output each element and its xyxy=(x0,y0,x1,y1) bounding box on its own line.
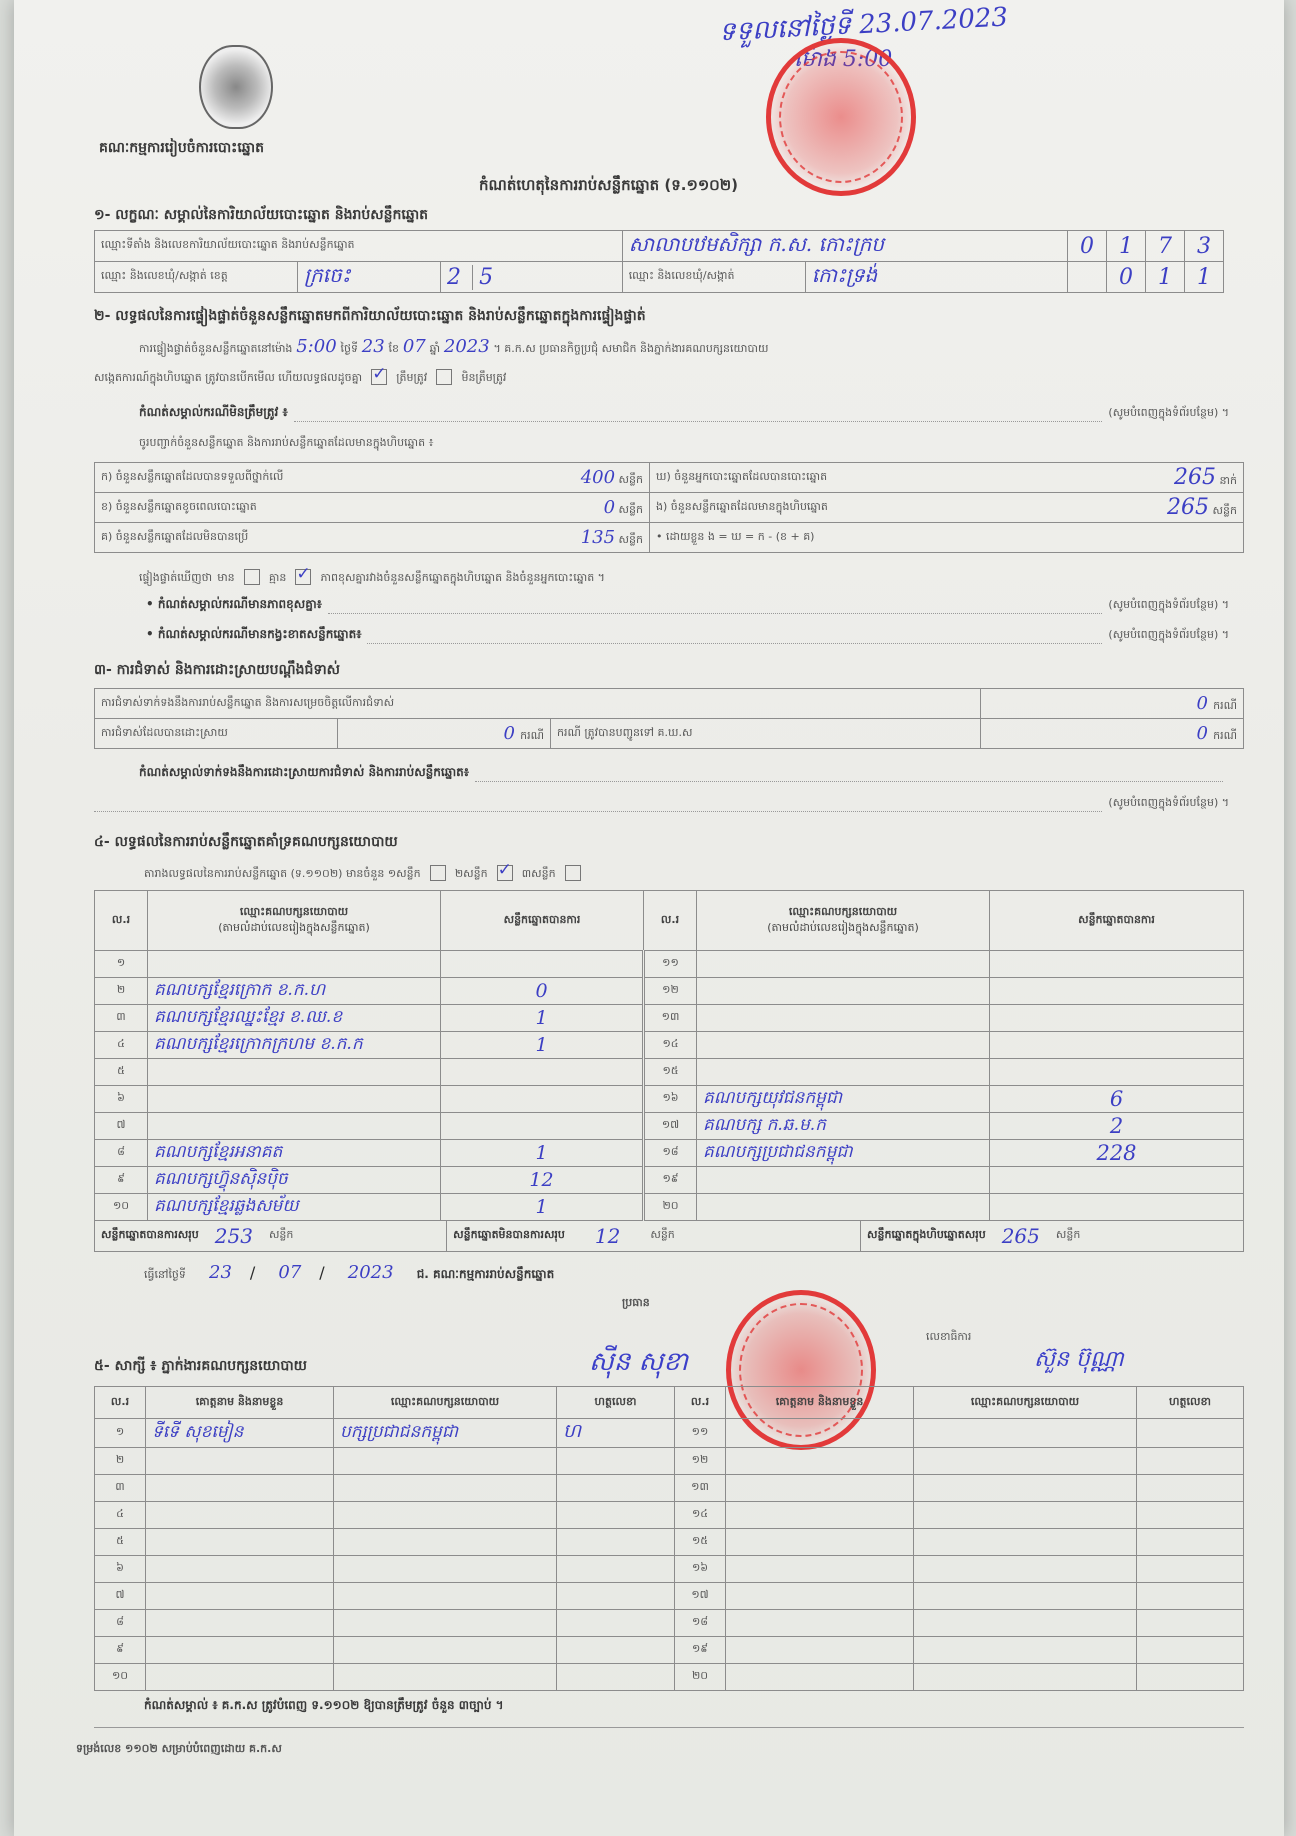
witness-party xyxy=(334,1529,557,1556)
count-value-2: 265 xyxy=(1174,465,1216,490)
party-row: ១០ គណបក្សខ្មែរឆ្លងសម័យ 1 ២០ xyxy=(95,1194,1244,1221)
witness-name xyxy=(726,1583,914,1610)
count-table-intro: ចូរបញ្ជាក់ចំនួនសន្លឹកឆ្នោត និងការរាប់សន្… xyxy=(139,436,433,452)
witness-row: ៨ ១៨ xyxy=(95,1610,1244,1637)
party-votes: 1 xyxy=(441,1140,644,1167)
party-votes xyxy=(441,951,644,978)
party-votes: 1 xyxy=(441,1005,644,1032)
party-votes: 2 xyxy=(990,1113,1244,1140)
objection-total-label: ការជំទាស់ទាក់ទងនឹងការរាប់សន្លឹកឆ្នោត និង… xyxy=(95,689,981,719)
witness-party xyxy=(334,1664,557,1691)
party-votes: 228 xyxy=(990,1140,1244,1167)
witness-party: បក្សប្រជាជនកម្ពុជា xyxy=(334,1419,557,1448)
party-name: គណបក្សយុវជនកម្ពុជា xyxy=(697,1086,990,1113)
location-table: ឈ្មោះទីតាំង និងលេខការិយាល័យបោះឆ្នោត និងរ… xyxy=(94,230,1224,293)
witness-signature xyxy=(557,1583,675,1610)
witness-signature xyxy=(557,1448,675,1475)
mismatch-note-line: កំណត់សម្គាល់ករណីមិនត្រឹមត្រូវ ៖ (សូមបំពេ… xyxy=(139,404,1229,422)
party-name: គណបក្សខ្មែរក្រោកក្រហម ខ.ក.ក xyxy=(148,1032,441,1059)
commune-code-digit: 1 xyxy=(1185,262,1224,293)
party-votes xyxy=(990,1194,1244,1221)
witness-name xyxy=(146,1502,334,1529)
witness-signature xyxy=(557,1637,675,1664)
official-stamp-top xyxy=(766,38,916,196)
sheets-3-checkbox[interactable] xyxy=(565,865,581,881)
witness-party xyxy=(914,1583,1137,1610)
witness-name: ទីទើ សុខមៀន xyxy=(146,1419,334,1448)
party-name: គណបក្សខ្មែរឈ្នះខ្មែរ ខ.ឈ.ខ xyxy=(148,1005,441,1032)
party-votes xyxy=(441,1059,644,1086)
commune-code-digit: 1 xyxy=(1146,262,1185,293)
witness-name xyxy=(146,1556,334,1583)
party-row: ២ គណបក្សខ្មែរក្រោក ខ.ក.ហ 0 ១២ xyxy=(95,978,1244,1005)
party-votes: 6 xyxy=(990,1086,1244,1113)
location-label: ឈ្មោះទីតាំង និងលេខការិយាល័យបោះឆ្នោត និងរ… xyxy=(95,231,623,262)
witness-party xyxy=(914,1502,1137,1529)
witness-signature xyxy=(557,1556,675,1583)
witness-party xyxy=(914,1475,1137,1502)
total-invalid-cell: សន្លឹកឆ្នោតមិនបានការសរុប 12 សន្លឹក xyxy=(447,1221,861,1251)
sheets-2-checkbox[interactable] xyxy=(497,865,513,881)
party-name xyxy=(148,1086,441,1113)
province-code-digit: 2 xyxy=(441,265,467,290)
count-value: 0 xyxy=(604,497,615,518)
verification-year: 2023 xyxy=(444,336,490,357)
witness-row: ៣ ១៣ xyxy=(95,1475,1244,1502)
witness-signature xyxy=(1137,1583,1244,1610)
witness-name xyxy=(726,1556,914,1583)
witness-party xyxy=(334,1502,557,1529)
discrepancy-yes-checkbox[interactable] xyxy=(244,569,260,585)
footnote: កំណត់សម្គាល់ ៖ គ.ក.ស ត្រូវបំពេញ ទ.១១០២ ឱ… xyxy=(144,1694,504,1715)
witness-name xyxy=(146,1637,334,1664)
witness-signature xyxy=(1137,1664,1244,1691)
chair-signature: ស៊ីន សុខា xyxy=(589,1345,688,1383)
location-value: សាលាបឋមសិក្សា ក.ស. កោះក្រប xyxy=(622,231,1067,262)
witness-name xyxy=(726,1529,914,1556)
witness-party xyxy=(914,1448,1137,1475)
party-name: គណបក្សខ្មែរអនាគត xyxy=(148,1140,441,1167)
party-results-table: ល.រ ឈ្មោះគណបក្សនយោបាយ(តាមលំដាប់លេខរៀងក្ន… xyxy=(94,890,1244,1252)
objection-total-value: 0 xyxy=(1197,693,1208,714)
verification-day: 23 xyxy=(362,336,385,357)
total-box-cell: សន្លឹកឆ្នោតក្នុងហិបឆ្នោតសរុប 265 សន្លឹក xyxy=(861,1221,1243,1251)
objection-resolved-value: 0 xyxy=(504,723,515,744)
witness-party xyxy=(334,1556,557,1583)
party-row: ៤ គណបក្សខ្មែរក្រោកក្រហម ខ.ក.ក 1 ១៤ xyxy=(95,1032,1244,1059)
witness-row: ១ ទីទើ សុខមៀន បក្សប្រជាជនកម្ពុជា ហ ១១ xyxy=(95,1419,1244,1448)
witness-row: ៥ ១៥ xyxy=(95,1529,1244,1556)
count-row: គ) ចំនួនសន្លឹកឆ្នោតដែលមិនបានប្រើ 135 សន្… xyxy=(95,523,1244,553)
party-votes xyxy=(990,978,1244,1005)
total-valid-value: 253 xyxy=(215,1224,253,1248)
match-checkbox[interactable] xyxy=(371,369,387,385)
party-votes: 1 xyxy=(441,1194,644,1221)
count-value: 135 xyxy=(581,527,615,548)
party-votes xyxy=(441,1086,644,1113)
party-name: គណបក្ស ក.ឆ.ម.ក xyxy=(697,1113,990,1140)
form-page: គណៈកម្មការរៀបចំការបោះឆ្នោត ទទួលនៅថ្ងៃទី … xyxy=(14,0,1284,1836)
party-votes xyxy=(990,1167,1244,1194)
objection-forwarded-value: 0 xyxy=(1197,723,1208,744)
party-name: គណបក្សប្រជាជនកម្ពុជា xyxy=(697,1140,990,1167)
total-box-value: 265 xyxy=(1002,1224,1040,1248)
witness-signature xyxy=(1137,1529,1244,1556)
witness-name xyxy=(726,1475,914,1502)
signing-month: 07 xyxy=(278,1262,301,1283)
province-value: ក្រចេះ xyxy=(298,262,441,293)
form-number-note: ទម្រង់លេខ ១១០២ សម្រាប់បំពេញដោយ គ.ក.ស xyxy=(76,1742,282,1758)
party-name xyxy=(697,1059,990,1086)
witness-row: ១០ ២០ xyxy=(95,1664,1244,1691)
witness-row: ៦ ១៦ xyxy=(95,1556,1244,1583)
witness-signature xyxy=(557,1529,675,1556)
witness-signature xyxy=(557,1475,675,1502)
verification-intro: ការផ្ទៀងផ្ទាត់ចំនួនសន្លឹកឆ្នោតនៅម៉ោង 5:0… xyxy=(139,336,768,358)
province-code-digit: 5 xyxy=(472,265,499,290)
witness-party xyxy=(914,1637,1137,1664)
national-emblem-icon xyxy=(199,45,273,129)
party-row: ៣ គណបក្សខ្មែរឈ្នះខ្មែរ ខ.ឈ.ខ 1 ១៣ xyxy=(95,1005,1244,1032)
party-votes: 0 xyxy=(441,978,644,1005)
witness-party xyxy=(334,1583,557,1610)
party-name xyxy=(697,1005,990,1032)
witness-signature xyxy=(1137,1419,1244,1448)
witness-name xyxy=(726,1664,914,1691)
signing-day: 23 xyxy=(209,1262,232,1283)
objection-note-line-2: (សូមបំពេញក្នុងទំព័របន្ថែម) ។ xyxy=(94,796,1229,812)
witness-signature xyxy=(1137,1556,1244,1583)
location-code-digit: 1 xyxy=(1107,231,1146,262)
party-row: ១ ១១ xyxy=(95,951,1244,978)
secretary-label: លេខាធិការ xyxy=(926,1330,971,1346)
mismatch-checkbox[interactable] xyxy=(436,369,452,385)
witness-party xyxy=(334,1475,557,1502)
witness-name xyxy=(726,1610,914,1637)
signing-date-line: ធ្វើនៅថ្ងៃទី 23/ 07/ 2023 ជ. គណៈកម្មការរ… xyxy=(144,1262,554,1284)
witness-party xyxy=(334,1610,557,1637)
total-invalid-value: 12 xyxy=(595,1224,620,1248)
party-votes xyxy=(441,1113,644,1140)
witness-signature xyxy=(1137,1610,1244,1637)
count-row: ខ) ចំនួនសន្លឹកឆ្នោតខូចពេលបោះឆ្នោត 0 សន្ល… xyxy=(95,493,1244,523)
witness-signature xyxy=(557,1502,675,1529)
witness-name xyxy=(726,1502,914,1529)
party-name xyxy=(697,1194,990,1221)
witness-party xyxy=(914,1556,1137,1583)
party-name: គណបក្សខ្មែរក្រោក ខ.ក.ហ xyxy=(148,978,441,1005)
location-code-digit: 7 xyxy=(1146,231,1185,262)
party-votes xyxy=(990,1005,1244,1032)
party-name xyxy=(148,1059,441,1086)
witness-party xyxy=(914,1610,1137,1637)
witness-party xyxy=(914,1529,1137,1556)
secretary-signature: ស៊ួន ប៊ុណ្ណា xyxy=(1034,1345,1124,1377)
witness-name xyxy=(146,1610,334,1637)
location-code-digit: 0 xyxy=(1068,231,1107,262)
party-row: ៦ ១៦ គណបក្សយុវជនកម្ពុជា 6 xyxy=(95,1086,1244,1113)
chair-label: ប្រធាន xyxy=(622,1296,650,1312)
verification-result-line: សង្កេតការណ៍ក្នុងហិបឆ្នោត ត្រូវបានបើកមើល … xyxy=(94,366,506,387)
witness-row: ៩ ១៩ xyxy=(95,1637,1244,1664)
section4-title: ៤- លទ្ធផលនៃការរាប់សន្លឹកឆ្នោតគាំទ្រគណបក្… xyxy=(94,832,398,853)
total-valid-cell: សន្លឹកឆ្នោតបានការសរុប 253 សន្លឹក xyxy=(95,1221,447,1251)
party-row: ៥ ១៥ xyxy=(95,1059,1244,1086)
divider xyxy=(94,1727,1244,1728)
verification-time: 5:00 xyxy=(296,336,336,357)
party-name xyxy=(148,951,441,978)
objection-forwarded-label: ករណី ត្រូវបានបញ្ជូនទៅ គ.ឃ.ស xyxy=(551,719,981,749)
witness-table: ល.រ គោត្តនាម និងនាមខ្លួន ឈ្មោះគណបក្សនយោប… xyxy=(94,1386,1244,1691)
witness-signature: ហ xyxy=(557,1419,675,1448)
commune-label: ឈ្មោះ និងលេខឃុំ/សង្កាត់ xyxy=(622,262,805,293)
province-label: ឈ្មោះ និងលេខឃុំ/សង្កាត់ ខេត្ត xyxy=(95,262,298,293)
party-name xyxy=(697,1167,990,1194)
objection-table: ការជំទាស់ទាក់ទងនឹងការរាប់សន្លឹកឆ្នោត និង… xyxy=(94,688,1244,749)
witness-signature xyxy=(557,1664,675,1691)
party-votes xyxy=(990,1059,1244,1086)
party-row: ៩ គណបក្សហ៊្វុនស៊ិនប៉ិច 12 ១៩ xyxy=(95,1167,1244,1194)
witness-signature xyxy=(1137,1448,1244,1475)
count-value-2: 265 xyxy=(1167,495,1209,520)
party-name xyxy=(148,1113,441,1140)
verification-month: 07 xyxy=(403,336,426,357)
witness-row: ២ ១២ xyxy=(95,1448,1244,1475)
party-votes: 1 xyxy=(441,1032,644,1059)
section3-title: ៣- ការជំទាស់ និងការដោះស្រាយបណ្តឹងជំទាស់ xyxy=(94,660,340,681)
witness-signature xyxy=(1137,1502,1244,1529)
result-sheets-line: តារាងលទ្ធផលនៃការរាប់សន្លឹកឆ្នោត (ទ.១១០២)… xyxy=(144,862,585,883)
section5-title: ៥- សាក្សី ៖ ភ្នាក់ងារគណបក្សនយោបាយ xyxy=(94,1356,307,1377)
witness-party xyxy=(334,1448,557,1475)
party-name xyxy=(697,951,990,978)
witness-party xyxy=(914,1419,1137,1448)
location-code-digit: 3 xyxy=(1185,231,1224,262)
discrepancy-line: ផ្ទៀងផ្ទាត់ឃើញថា មាន គ្មាន ភាពខុសគ្នារវា… xyxy=(139,566,605,587)
sheets-1-checkbox[interactable] xyxy=(430,865,446,881)
party-votes xyxy=(990,951,1244,978)
discrepancy-note-line: • កំណត់សម្គាល់ករណីមានភាពខុសគ្នា៖ (សូមបំព… xyxy=(146,596,1229,614)
witness-name xyxy=(726,1448,914,1475)
witness-party xyxy=(914,1664,1137,1691)
party-name: គណបក្សខ្មែរឆ្លងសម័យ xyxy=(148,1194,441,1221)
witness-name xyxy=(146,1583,334,1610)
party-votes xyxy=(990,1032,1244,1059)
witness-row: ៤ ១៤ xyxy=(95,1502,1244,1529)
form-title: កំណត់ហេតុនៃការរាប់សន្លឹកឆ្នោត (ទ.១១០២) xyxy=(479,176,738,198)
objection-resolved-label: ការជំទាស់ដែលបានដោះស្រាយ xyxy=(95,719,338,749)
witness-party xyxy=(334,1637,557,1664)
party-name xyxy=(697,978,990,1005)
ballot-count-table: ក) ចំនួនសន្លឹកឆ្នោតដែលបានទទួលពីថ្នាក់លើ … xyxy=(94,462,1244,553)
witness-name xyxy=(146,1664,334,1691)
discrepancy-no-checkbox[interactable] xyxy=(295,569,311,585)
commune-code-digit: 0 xyxy=(1107,262,1146,293)
party-row: ៧ ១៧ គណបក្ស ក.ឆ.ម.ក 2 xyxy=(95,1113,1244,1140)
witness-row: ៧ ១៧ xyxy=(95,1583,1244,1610)
org-name: គណៈកម្មការរៀបចំការបោះឆ្នោត xyxy=(99,138,264,159)
party-votes: 12 xyxy=(441,1167,644,1194)
shortage-note-line: • កំណត់សម្គាល់ករណីមានកង្វះខាតសន្លឹកឆ្នោត… xyxy=(146,626,1229,644)
witness-name xyxy=(146,1448,334,1475)
witness-name xyxy=(146,1529,334,1556)
count-row: ក) ចំនួនសន្លឹកឆ្នោតដែលបានទទួលពីថ្នាក់លើ … xyxy=(95,463,1244,493)
col-no: ល.រ xyxy=(95,891,148,951)
witness-signature xyxy=(557,1610,675,1637)
witness-signature xyxy=(1137,1637,1244,1664)
section1-title: ១- លក្ខណៈ សម្គាល់នៃការិយាល័យបោះឆ្នោត និង… xyxy=(94,205,428,226)
witness-signature xyxy=(1137,1475,1244,1502)
objection-note-line: កំណត់សម្គាល់ទាក់ទងនឹងការដោះស្រាយការជំទាស… xyxy=(139,764,1229,782)
signing-year: 2023 xyxy=(348,1262,394,1283)
witness-name xyxy=(146,1475,334,1502)
party-name xyxy=(697,1032,990,1059)
count-value: 400 xyxy=(581,467,615,488)
party-row: ៨ គណបក្សខ្មែរអនាគត 1 ១៨ គណបក្សប្រជាជនកម្… xyxy=(95,1140,1244,1167)
commune-value: កោះទ្រង់ xyxy=(805,262,1067,293)
witness-name xyxy=(726,1637,914,1664)
section2-title: ២- លទ្ធផលនៃការផ្ទៀងផ្ទាត់ចំនួនសន្លឹកឆ្នោ… xyxy=(94,306,646,327)
col-votes: សន្លឹកឆ្នោតបានការ xyxy=(441,891,644,951)
party-name: គណបក្សហ៊្វុនស៊ិនប៉ិច xyxy=(148,1167,441,1194)
witness-name xyxy=(726,1419,914,1448)
